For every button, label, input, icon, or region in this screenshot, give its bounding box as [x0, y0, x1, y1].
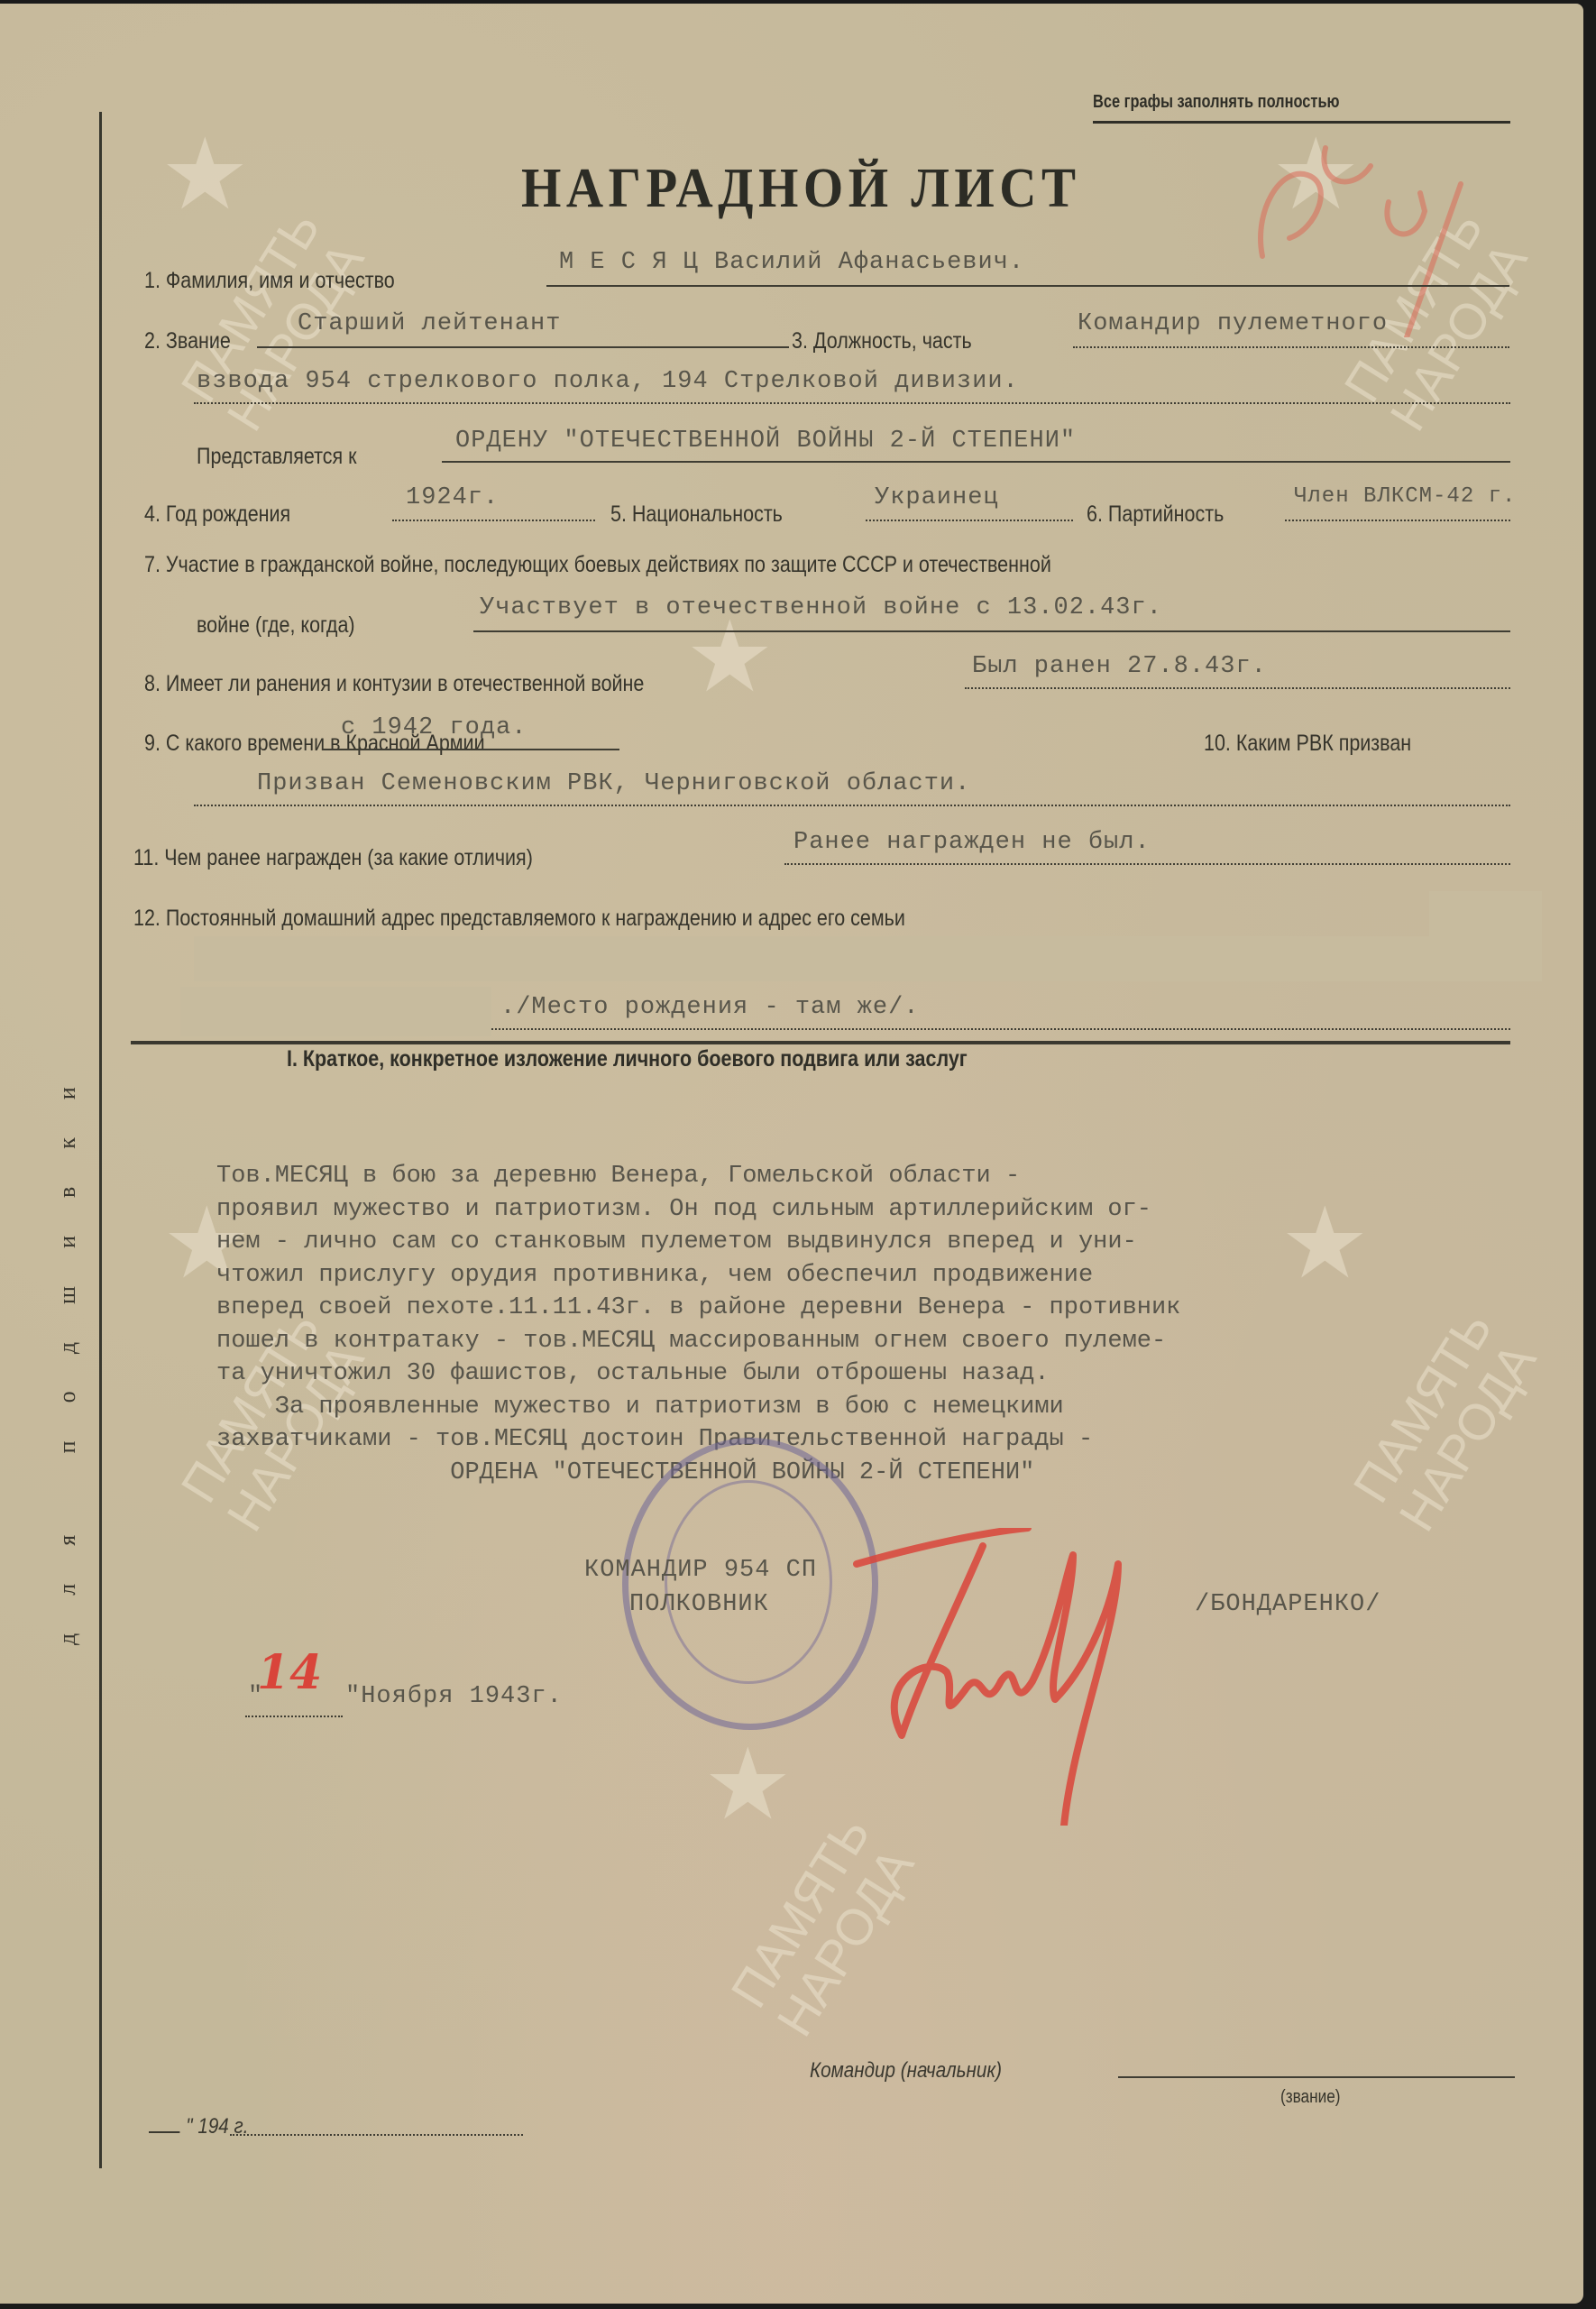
field-2-underline: [257, 346, 789, 348]
field-5-label: 5. Национальность: [610, 501, 783, 528]
field-3-underline: [1073, 346, 1509, 348]
field-8-label: 8. Имеет ли ранения и контузии в отечест…: [144, 671, 644, 697]
field-10-underline: [194, 805, 1510, 806]
date-day-underline: [245, 1716, 343, 1717]
field-8-wounds-value: Был ранен 27.8.43г.: [972, 653, 1267, 680]
field-3-label: 3. Должность, часть: [792, 328, 972, 354]
field-12-address-value: ./Место рождения - там же/.: [500, 994, 919, 1021]
field-1-underline: [546, 285, 1509, 287]
field-6-underline: [1285, 520, 1510, 521]
field-1-label: 1. Фамилия, имя и отчество: [144, 268, 395, 294]
field-7-underline: [473, 630, 1510, 632]
date-dash: [149, 2131, 179, 2133]
field-11-prior-awards-value: Ранее награжден не был.: [793, 829, 1151, 856]
date-day-handwritten: 14: [257, 1645, 322, 1700]
field-11-underline: [784, 863, 1510, 865]
commander-underline: [1118, 2076, 1515, 2078]
date-month-year: "Ноября 1943г.: [345, 1683, 563, 1710]
award-label: Представляется к: [197, 444, 356, 470]
field-12-underline: [491, 1028, 1510, 1030]
watermark-star-icon: ★: [161, 116, 250, 233]
field-8-underline: [965, 687, 1510, 689]
field-3-position-value-cont: взвода 954 стрелкового полка, 194 Стрелк…: [197, 368, 1019, 395]
redacted-address-block: [1429, 891, 1542, 938]
field-4-label: 4. Год рождения: [144, 501, 290, 528]
field-2-rank-value: Старший лейтенант: [298, 310, 561, 337]
binding-margin-label: для подшивки: [54, 1049, 81, 1645]
redacted-address-block: [180, 987, 491, 1036]
citation-text: Тов.МЕСЯЦ в бою за деревню Венера, Гомел…: [216, 1160, 1569, 1489]
watermark-text: ПАМЯТЬ НАРОДА: [721, 1808, 926, 2045]
field-9-service-since-value: с 1942 года.: [341, 714, 527, 741]
watermark-star-icon: ★: [703, 1726, 793, 1843]
field-7-label-cont: войне (где, когда): [197, 612, 355, 639]
field-10-label: 10. Каким РВК призван: [1204, 731, 1411, 757]
signer-position: КОМАНДИР 954 СП: [584, 1557, 817, 1584]
fill-all-fields-notice: Все графы заполнять полностью: [1093, 92, 1340, 113]
section-divider: [131, 1041, 1510, 1044]
field-4-birth-year-value: 1924г.: [406, 484, 499, 511]
award-underline: [442, 461, 1510, 463]
redacted-address-block: [194, 936, 1542, 981]
signer-rank: ПОЛКОВНИК: [629, 1591, 769, 1618]
field-10-draft-office-value: Призван Семеновским РВК, Черниговской об…: [257, 770, 970, 797]
official-stamp: [622, 1438, 878, 1730]
binding-margin-line: [99, 112, 102, 2168]
field-5-nationality-value: Украинец: [875, 484, 999, 511]
red-signature-icon: [848, 1528, 1271, 1826]
field-12-label: 12. Постоянный домашний адрес представля…: [133, 906, 905, 932]
red-pencil-annotation-icon: [1244, 130, 1542, 337]
field-3-cont-underline: [194, 402, 1510, 404]
award-value: ОРДЕНУ "ОТЕЧЕСТВЕННОЙ ВОЙНЫ 2-Й СТЕПЕНИ": [455, 428, 1076, 455]
field-6-label: 6. Партийность: [1087, 501, 1224, 528]
field-6-party-value: Член ВЛКСМ-42 г.: [1294, 484, 1516, 509]
field-1-full-name-value: М Е С Я Ц Василий Афанасьевич.: [559, 249, 1024, 276]
notice-underline: [1093, 121, 1510, 124]
section-heading: I. Краткое, конкретное изложение личного…: [287, 1046, 968, 1072]
award-sheet-page: ★ ПАМЯТЬ НАРОДА ★ ПАМЯТЬ НАРОДА ★ ПАМЯТЬ…: [0, 4, 1583, 2304]
field-5-underline: [866, 520, 1073, 521]
field-9-underline: [322, 749, 619, 750]
field-7-war-participation-value: Участвует в отечественной войне с 13.02.…: [480, 594, 1162, 621]
field-3-position-value: Командир пулеметного: [1078, 310, 1388, 337]
commander-label: Командир (начальник): [810, 2058, 1002, 2084]
document-title: НАГРАДНОЙ ЛИСТ: [521, 157, 1081, 221]
footer-date-underline: [230, 2134, 523, 2136]
field-11-label: 11. Чем ранее награжден (за какие отличи…: [133, 845, 533, 871]
field-2-label: 2. Звание: [144, 328, 231, 354]
field-4-underline: [392, 520, 595, 521]
field-7-label: 7. Участие в гражданской войне, последую…: [144, 552, 1051, 578]
rank-caption: (звание): [1280, 2087, 1341, 2108]
